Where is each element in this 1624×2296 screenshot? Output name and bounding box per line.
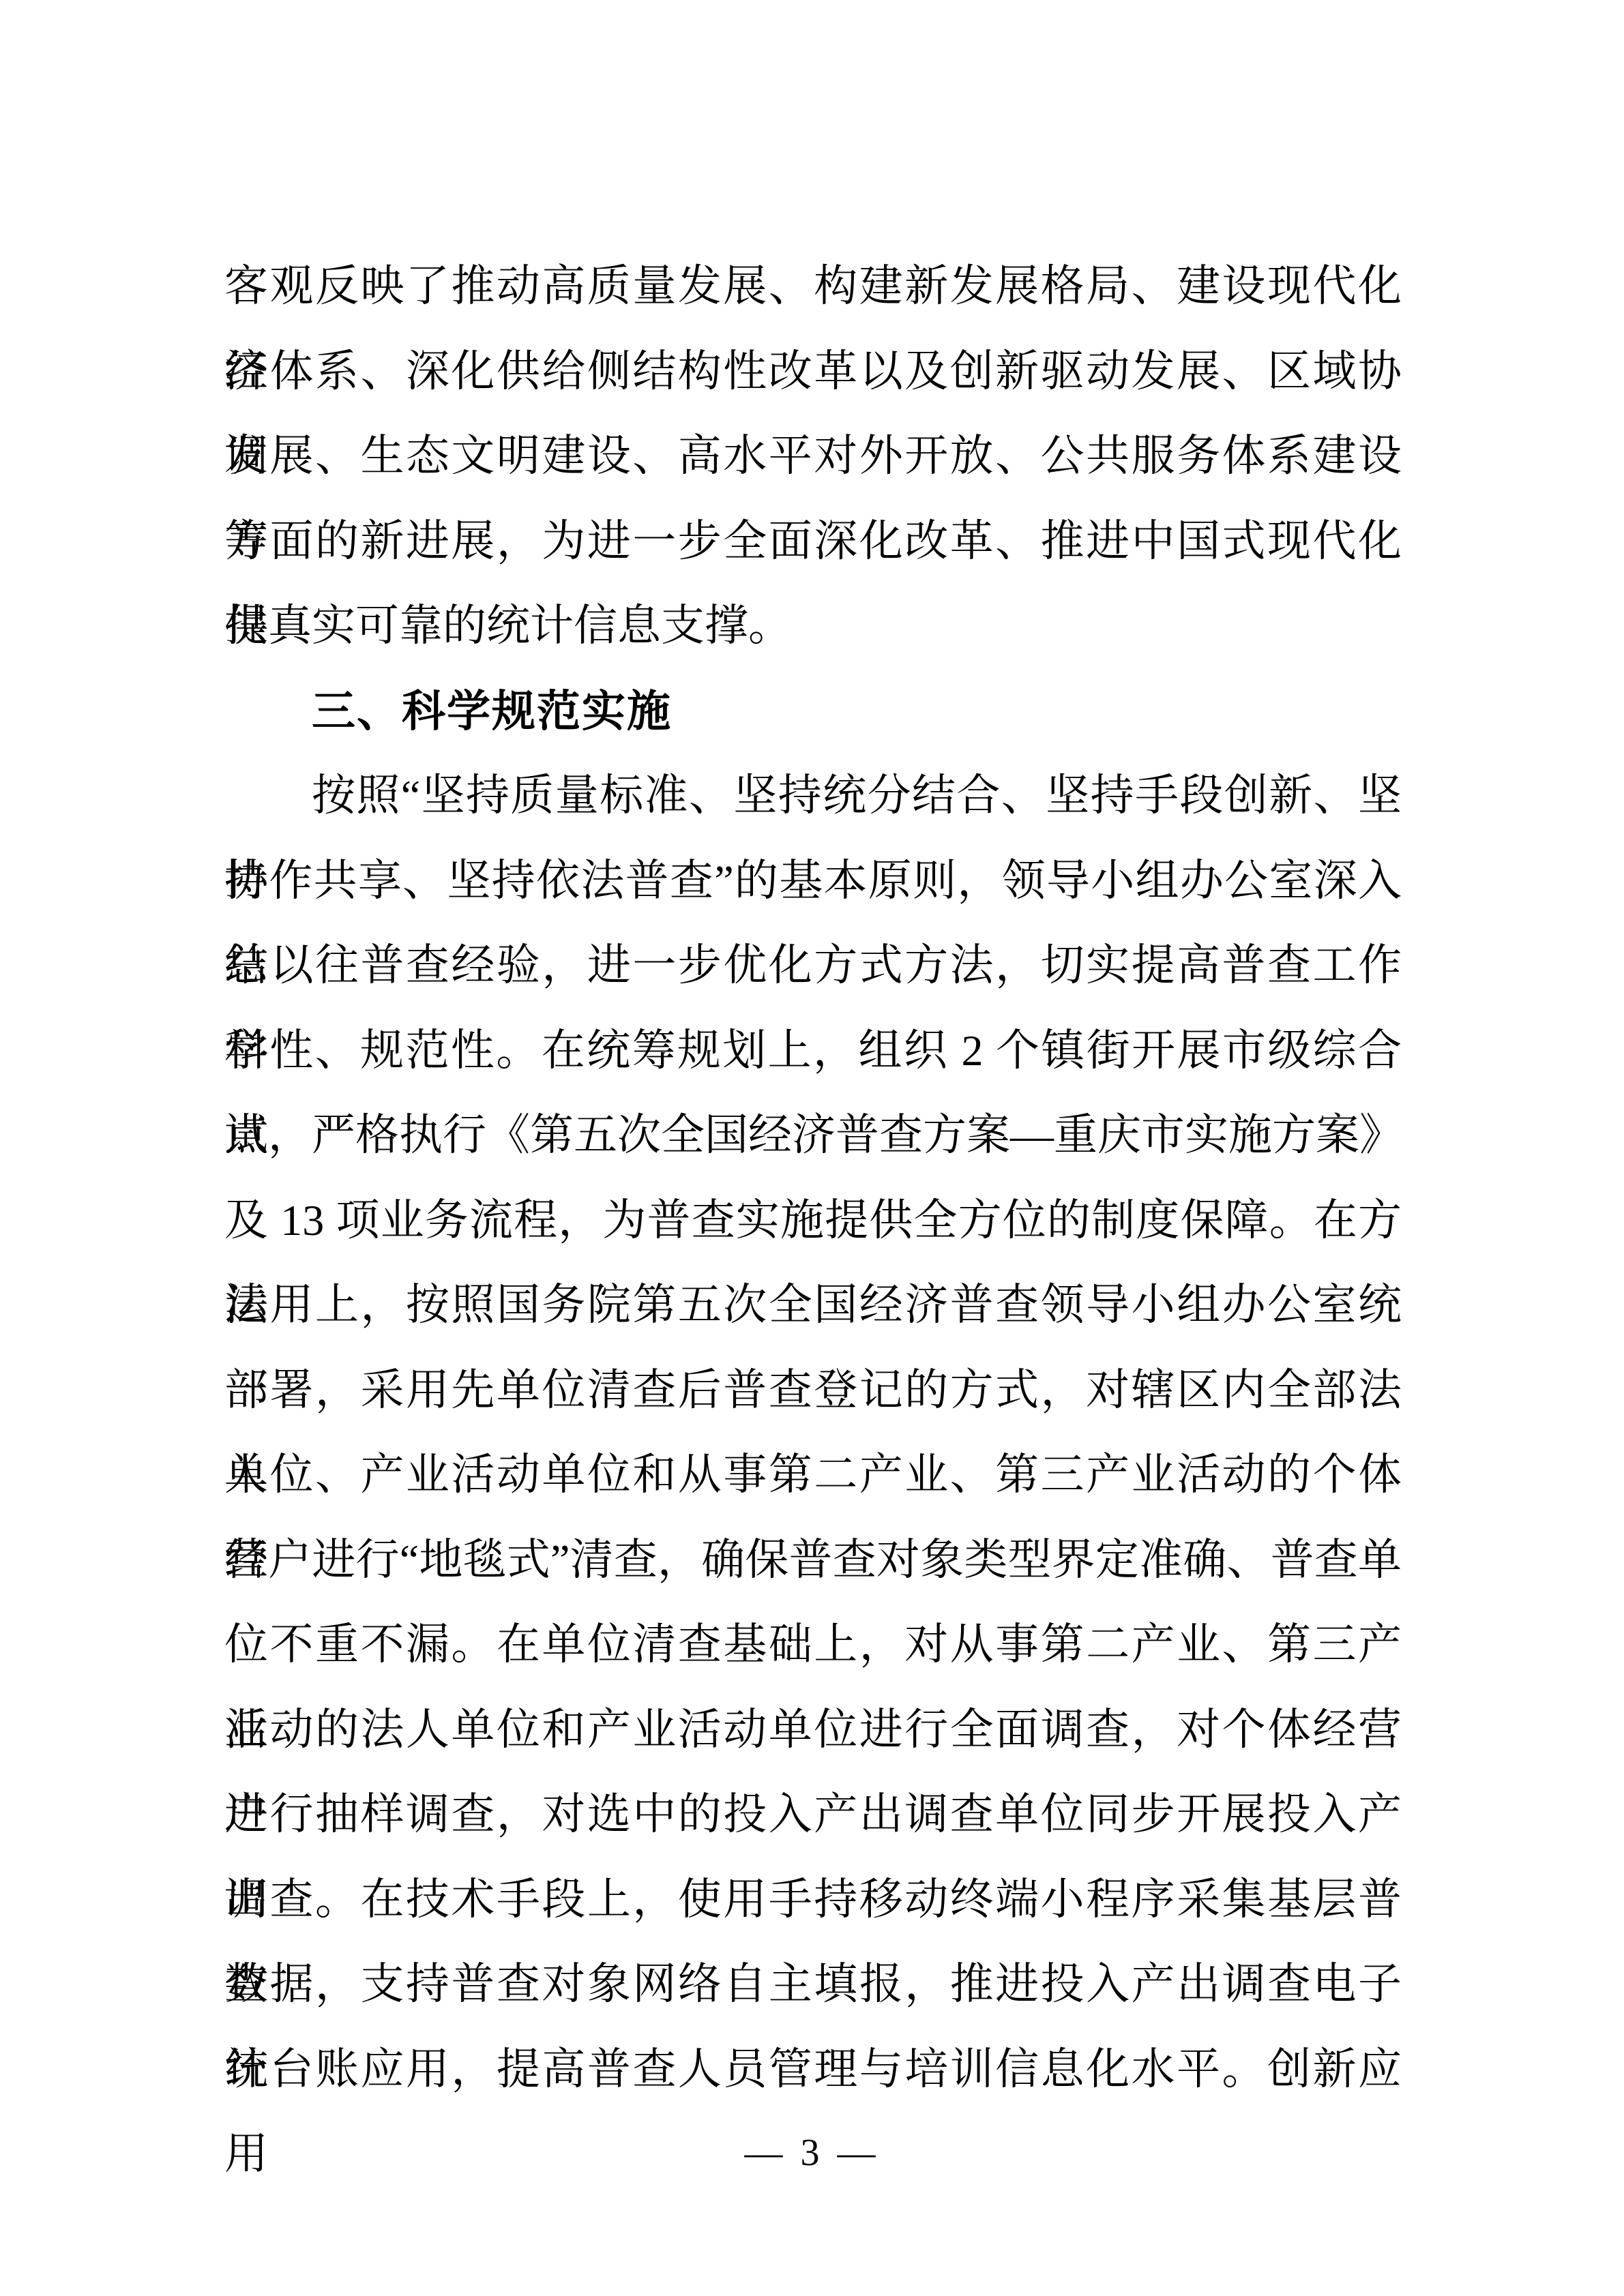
page-number: — 3 — <box>745 2132 880 2174</box>
document-body: 客观反映了推动高质量发展、构建新发展格局、建设现代化经济体系、深化供给侧结构性改… <box>224 244 1402 2112</box>
document-page: 客观反映了推动高质量发展、构建新发展格局、建设现代化经济体系、深化供给侧结构性改… <box>0 0 1624 2296</box>
text-line: 营户进行“地毯式”清查，确保普查对象类型界定准确、普查单 <box>224 1518 1402 1603</box>
text-line: 运用上，按照国务院第五次全国经济普查领导小组办公室统一 <box>224 1263 1402 1348</box>
text-line: 济体系、深化供给侧结构性改革以及创新驱动发展、区域协调 <box>224 329 1402 415</box>
page-footer: — 3 — <box>0 2122 1624 2183</box>
text-line: 结以往普查经验，进一步优化方式方法，切实提高普查工作科 <box>224 923 1402 1009</box>
text-line: 调查。在技术手段上，使用手持移动终端小程序采集基层普查 <box>224 1858 1402 1943</box>
text-line: 学性、规范性。在统筹规划上，组织 2 个镇街开展市级综合试 <box>224 1009 1402 1094</box>
text-line: 位不重不漏。在单位清查基础上，对从事第二产业、第三产业 <box>224 1602 1402 1688</box>
text-line: 活动的法人单位和产业活动单位进行全面调查，对个体经营户 <box>224 1688 1402 1773</box>
text-line: 协作共享、坚持依法普查”的基本原则，领导小组办公室深入总 <box>224 839 1402 924</box>
text-line: 数据，支持普查对象网络自主填报，推进投入产出调查电子统 <box>224 1942 1402 2027</box>
text-line: 计台账应用，提高普查人员管理与培训信息化水平。创新应用 <box>224 2027 1402 2113</box>
text-line: 方面的新进展，为进一步全面深化改革、推进中国式现代化提 <box>224 499 1402 584</box>
text-line: 供真实可靠的统计信息支撑。 <box>224 584 1402 669</box>
text-line: 部署，采用先单位清查后普查登记的方式，对辖区内全部法人 <box>224 1348 1402 1433</box>
text-line: 发展、生态文明建设、高水平对外开放、公共服务体系建设等 <box>224 414 1402 499</box>
text-line: 及 13 项业务流程，为普查实施提供全方位的制度保障。在方法 <box>224 1178 1402 1264</box>
text-line: 单位、产业活动单位和从事第二产业、第三产业活动的个体经 <box>224 1433 1402 1518</box>
text-line: 客观反映了推动高质量发展、构建新发展格局、建设现代化经 <box>224 244 1402 329</box>
section-heading: 三、科学规范实施 <box>224 669 1402 754</box>
text-line: 点，严格执行《第五次全国经济普查方案—重庆市实施方案》 <box>224 1093 1402 1178</box>
text-line: 按照“坚持质量标准、坚持统分结合、坚持手段创新、坚持 <box>224 754 1402 839</box>
text-line: 进行抽样调查，对选中的投入产出调查单位同步开展投入产出 <box>224 1772 1402 1858</box>
